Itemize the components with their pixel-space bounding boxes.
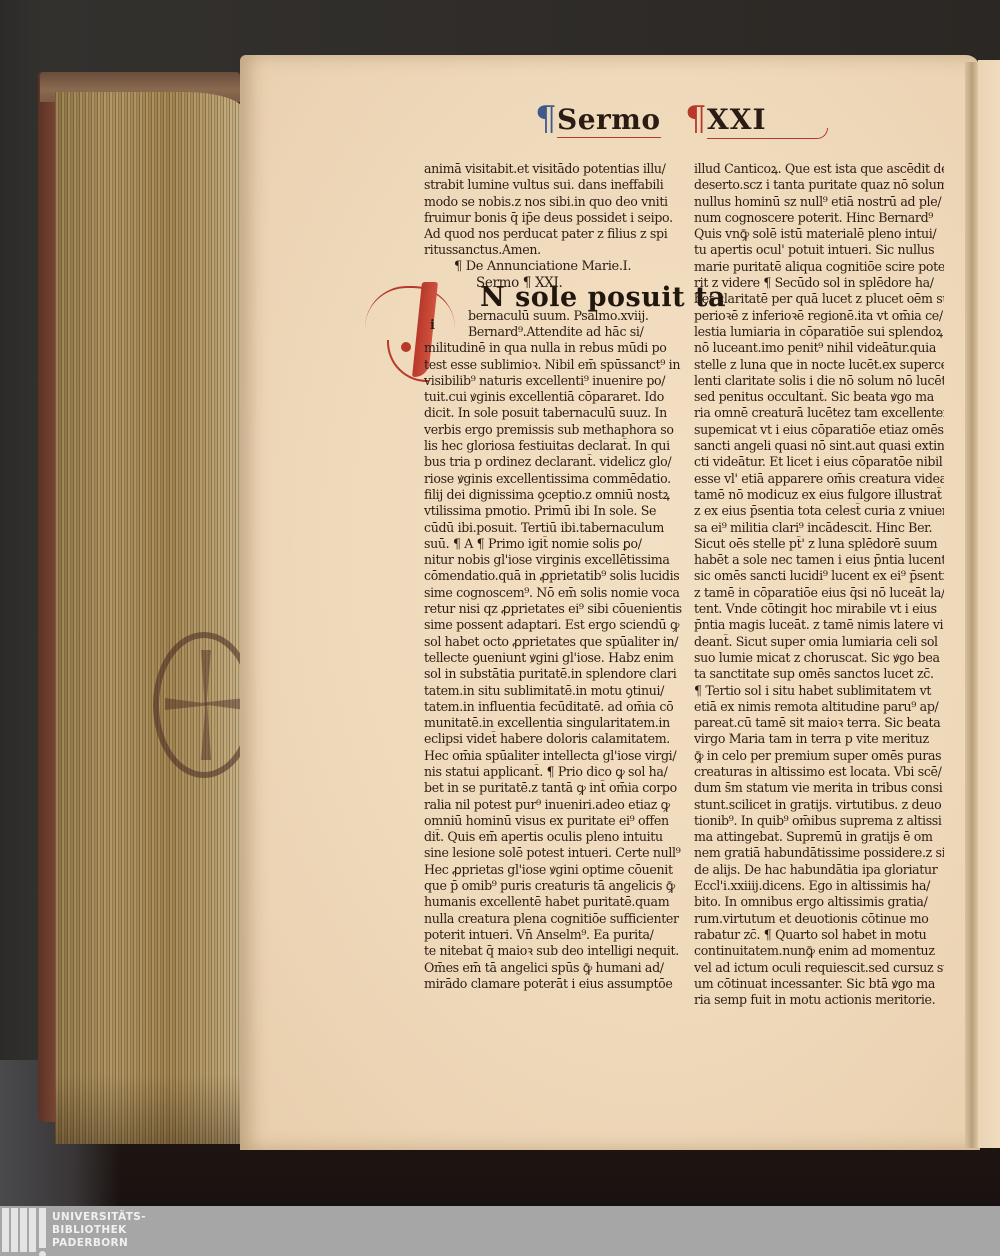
text-line: continuitatem.nunꝙ̄ enim ad momentuz <box>694 943 944 959</box>
text-line: vel ad ictum oculi requiescit.sed cursuz… <box>694 960 944 976</box>
text-line: Sicut oēs stelle pt̄' z luna splēdorē su… <box>694 536 944 552</box>
text-line: filij dei dignissima ꝯceptio.z omniū nos… <box>424 487 686 503</box>
pilcrow-icon: ¶ <box>685 100 707 138</box>
institution-name-line: UNIVERSITÄTS- <box>52 1211 146 1224</box>
text-line: ria omnē creaturā lucētez tam excellente… <box>694 405 944 421</box>
logo-bar <box>39 1208 46 1248</box>
text-line: cti videātur. Et licet i eius cōparatōe … <box>694 454 944 470</box>
text-line: tamē nō modicuz ex eius fulgore illustra… <box>694 487 944 503</box>
text-line: sic omēs sancti lucidi⁹ lucent ex ei⁹ p̄… <box>694 568 944 584</box>
text-line: Eccl'i.xxiiij.dicens. Ego in altissimis … <box>694 878 944 894</box>
institution-name-line: PADERBORN <box>52 1237 146 1250</box>
text-line: cūdū ibi.posuit. Tertiū ibi.tabernaculum <box>424 520 686 536</box>
text-line: etiā ex nimis remota altitudine paru⁹ ap… <box>694 699 944 715</box>
text-line: Ad quod nos perducat pater z filius z sp… <box>424 226 686 242</box>
text-line: Hec ꝓprietas gl'iose ꝟgini optime cōueni… <box>424 862 686 878</box>
text-line: perioꝛē z inferioꝛē regionē.ita vt om̄ia… <box>694 308 944 324</box>
text-line: p̄ntia magis luceāt. z tamē nimis latere… <box>694 617 944 633</box>
text-line: dit̄. Quis em̄ apertis oculis pleno intu… <box>424 829 686 845</box>
page-gutter <box>965 62 979 1148</box>
text-line: pareat.cū tamē sit maioꝛ terra. Sic beat… <box>694 715 944 731</box>
logo-bar <box>2 1208 9 1252</box>
text-line: supemicat vt i eius cōparatiōe etiaz omē… <box>694 422 944 438</box>
text-line: nulla creatura plena cognitiōe sufficien… <box>424 911 686 927</box>
text-line: Om̄es em̄ tā angelici spūs ꝙ̄ humani ad/ <box>424 960 686 976</box>
text-line: illud Canticoꝝ. Que est ista que ascēdit… <box>694 161 944 177</box>
text-line: ma attingebat. Supremū in gratijs ē om <box>694 829 944 845</box>
text-line: visibilib⁹ naturis excellenti⁹ inuenire … <box>424 373 686 389</box>
text-line: bito. In omnibus ergo altissimis gratia/ <box>694 894 944 910</box>
text-line: ria semp fuit in motu actionis meritorie… <box>694 992 944 1008</box>
text-line: virgo Maria tam in terra p vite merituz <box>694 731 944 747</box>
text-line: um cōtinuat incessanter. Sic btā ꝟgo ma <box>694 976 944 992</box>
text-line: que p̄ omib⁹ puris creaturis tā angelici… <box>424 878 686 894</box>
text-line: bet claritatē per quā lucet z plucet oēm… <box>694 291 944 307</box>
page-block-edges <box>55 92 245 1144</box>
text-line: munitatē.in excellentia singularitatem.i… <box>424 715 686 731</box>
text-line: tatem.in situ sublimitatē.in motu ꝯtinui… <box>424 683 686 699</box>
logo-bar <box>11 1208 18 1252</box>
text-line: fruimur bonis q̄ ip̄e deus possidet i se… <box>424 210 686 226</box>
text-line: tellecte ꝯueniunt ꝟgini gl'iose. Habz en… <box>424 650 686 666</box>
facing-page-edge <box>978 60 1000 1148</box>
text-line: habēt a sole nec tamen i eius p̄ntia luc… <box>694 552 944 568</box>
text-line: poterit intueri. Vn̄ Anselm⁹. Ea purita/ <box>424 927 686 943</box>
text-line: Bernard⁹.Attendite ad hāc si/ <box>424 324 686 340</box>
text-column-left: animā visitabit.et visitādo potentias il… <box>424 161 686 992</box>
text-line: sol habet octo ꝓprietates que spūaliter … <box>424 634 686 650</box>
text-line: modo se nobis.z nos sibi.in quo deo vnit… <box>424 194 686 210</box>
text-line: humanis excellentē habet puritatē.quam <box>424 894 686 910</box>
text-line: esse vl' etiā apparere om̄is creatura vi… <box>694 471 944 487</box>
text-line: rum.virtutum et deuotionis cōtinue mo <box>694 911 944 927</box>
text-line: ¶ De Annunciatione Marie.I. <box>424 259 686 275</box>
text-line: sa ei⁹ militia clari⁹ incādescit. Hinc B… <box>694 520 944 536</box>
pilcrow-icon: ¶ <box>535 100 557 138</box>
text-line: stunt.scilicet in gratijs. virtutibus. z… <box>694 797 944 813</box>
text-line: sancti angeli quasi nō sint.aut quasi ex… <box>694 438 944 454</box>
institution-name: UNIVERSITÄTS- BIBLIOTHEK PADERBORN <box>52 1211 146 1250</box>
text-line: creaturas in altissimo est locata. Vbi s… <box>694 764 944 780</box>
text-line: cōmendatio.quā in ꝓprietatib⁹ solis luci… <box>424 568 686 584</box>
initial-dot <box>401 342 411 352</box>
text-line: sime possent adaptari. Est ergo sciendū … <box>424 617 686 633</box>
text-line: sine lesione solē potest intueri. Certe … <box>424 845 686 861</box>
text-line: te nitebat q̄ maioꝛ sub deo intelligi ne… <box>424 943 686 959</box>
text-line: tu apertis ocul' potuit intueri. Sic nul… <box>694 242 944 258</box>
library-logo-icon <box>2 1208 44 1256</box>
red-flourish <box>707 128 828 139</box>
text-line: ¶ Tertio sol i situ habet sublimitatem v… <box>694 683 944 699</box>
text-line: rit z videre ¶ Secūdo sol in splēdore ha… <box>694 275 944 291</box>
text-line: deant̄. Sicut super omia lumiaria celi s… <box>694 634 944 650</box>
text-line: nō luceant.imo penit⁹ nihil videātur.qui… <box>694 340 944 356</box>
text-line: z ex eius p̄sentia tota celest̄ curia z … <box>694 503 944 519</box>
logo-bar <box>29 1208 36 1252</box>
running-head: ¶ Sermo ¶ XXI <box>535 100 845 140</box>
text-line: deserto.scz i tanta puritate quaz nō sol… <box>694 177 944 193</box>
text-line: lis hec gloriosa festiuitas declarat̄. I… <box>424 438 686 454</box>
text-line: tuit.cui ꝟginis excellentiā cōpararet. I… <box>424 389 686 405</box>
text-line: lenti claritate solis i die nō solum nō … <box>694 373 944 389</box>
text-line: ꝙ̄ in celo per premium super omēs puras <box>694 748 944 764</box>
text-line: z tamē in cōparatiōe eius q̄si nō luceāt… <box>694 585 944 601</box>
text-line: Quis vnꝙ̄ solē istū materialē pleno intu… <box>694 226 944 242</box>
text-line: sol in substātia puritatē.in splendore c… <box>424 666 686 682</box>
text-line: ta sanctitate sup omēs sanctos lucet zc̄… <box>694 666 944 682</box>
text-line: suo lumie micat z choruscat. Sic ꝟgo bea <box>694 650 944 666</box>
text-line: tionib⁹. In quib⁹ om̄ibus suprema z alti… <box>694 813 944 829</box>
institution-banner: UNIVERSITÄTS- BIBLIOTHEK PADERBORN <box>0 1206 1000 1256</box>
text-line: ralia nil potest pur⁹ inueniri.adeo etia… <box>424 797 686 813</box>
text-line: strabit lumine vultus sui. dans ineffabi… <box>424 177 686 193</box>
text-line: Sermo ¶ XXI. <box>424 275 686 291</box>
text-line: militudinē in qua nulla in rebus mūdi po <box>424 340 686 356</box>
text-line: sime cognoscem⁹. Nō em̄ solis nomie voca <box>424 585 686 601</box>
text-line: omniū hominū visus ex puritate ei⁹ offen <box>424 813 686 829</box>
text-line: dicit. In sole posuit tabernaculū suuz. … <box>424 405 686 421</box>
text-line: retur nisi qz ꝓprietates ei⁹ sibi cōueni… <box>424 601 686 617</box>
text-line: marie puritatē aliqua cognitiōe scire po… <box>694 259 944 275</box>
text-column-right: illud Canticoꝝ. Que est ista que ascēdit… <box>694 161 944 1008</box>
logo-dot <box>39 1251 46 1256</box>
logo-bar <box>20 1208 27 1252</box>
text-line: nis statui applicant̄. ¶ Prio dico ꝙ sol… <box>424 764 686 780</box>
text-line: suū. ¶ A ¶ Primo igit̄ nomie solis ꝑo/ <box>424 536 686 552</box>
text-line: dum s̄m statum vie merita in tribus cons… <box>694 780 944 796</box>
text-line: de alijs. De hac habundātia ipa gloriatu… <box>694 862 944 878</box>
text-line: nitur nobis gl'iose virginis excellētiss… <box>424 552 686 568</box>
running-head-title: Sermo <box>557 103 661 138</box>
text-line: num cognoscere poterit. Hinc Bernard⁹ <box>694 210 944 226</box>
text-line: bernaculū suum. Psalmo.xviij. <box>424 308 686 324</box>
text-line: ritussanctus.Amen. <box>424 242 686 258</box>
text-line: stelle z luna que in nocte lucēt.ex supe… <box>694 357 944 373</box>
text-line: riose ꝟginis excellentissima commēdatio. <box>424 471 686 487</box>
text-line: rabatur zc̄. ¶ Quarto sol habet in motu <box>694 927 944 943</box>
text-line: nullus hominū sz null⁹ etiā nostrū ad pl… <box>694 194 944 210</box>
text-line: eclipsi videt̄ habere doloris calamitate… <box>424 731 686 747</box>
text-line: sed penitus occultant̄. Sic beata ꝟgo ma <box>694 389 944 405</box>
text-line: Hec om̄ia spūaliter intellecta gl'iose v… <box>424 748 686 764</box>
text-line: bet in se puritatē.z tantā ꝙ int̄ om̄ia … <box>424 780 686 796</box>
text-line <box>424 291 686 307</box>
text-line: nem gratiā habundātissime possidere.z si… <box>694 845 944 861</box>
institution-name-line: BIBLIOTHEK <box>52 1224 146 1237</box>
text-line: test esse sublimioꝛ. Nibil em̄ spūssanct… <box>424 357 686 373</box>
text-line: verbis ergo premissis sub methaphora so <box>424 422 686 438</box>
text-line: tent. Vnde cōtingit hoc mirabile vt i ei… <box>694 601 944 617</box>
text-line: bus tria p ordinez declarant̄. videlicz … <box>424 454 686 470</box>
text-line: mirādo clamare poterāt i eius assumptōe <box>424 976 686 992</box>
text-line: vtilissima pmotio. Primū ibi In sole. Se <box>424 503 686 519</box>
text-line: animā visitabit.et visitādo potentias il… <box>424 161 686 177</box>
text-line: tatem.in influentia fecūditatē. ad om̄ia… <box>424 699 686 715</box>
text-line: lestia lumiaria in cōparatiōe sui splend… <box>694 324 944 340</box>
